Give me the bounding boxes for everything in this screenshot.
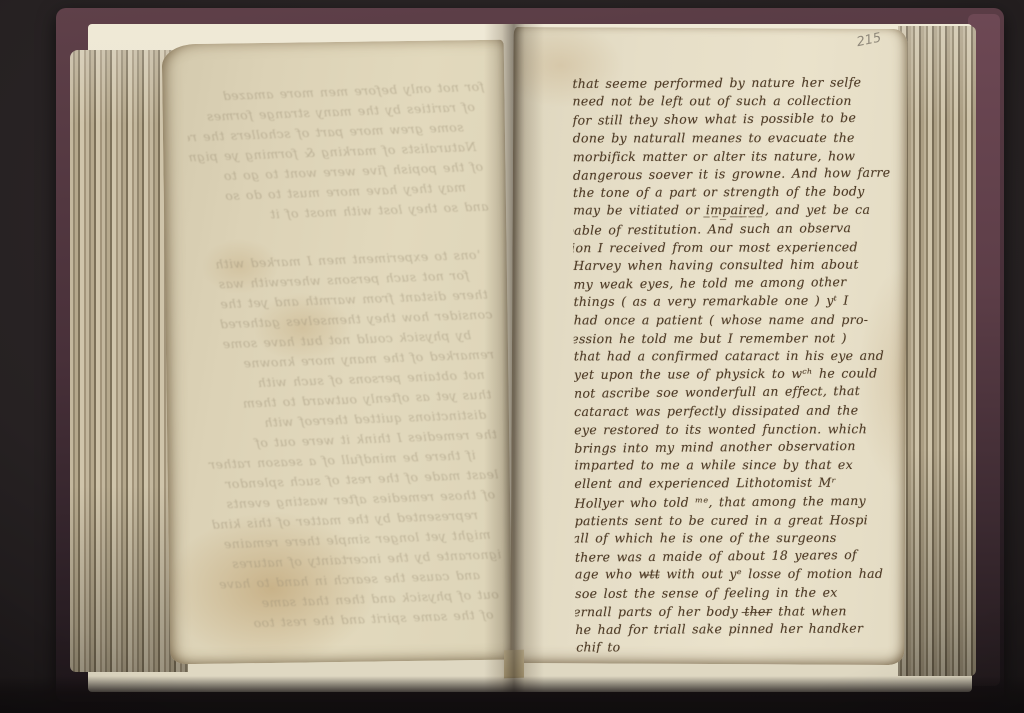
- show-through-text: for not only before men more amazedof ra…: [186, 77, 504, 652]
- manuscript-line: soe lost the sense of feeling in the ex: [575, 583, 899, 603]
- manuscript-line: that seeme performed by nature her selfe: [572, 73, 896, 93]
- manuscript-line: imparted to me a while since by that ex: [574, 456, 898, 475]
- manuscript-line: things ( as a very remarkable one ) yᵗ I: [574, 292, 898, 312]
- manuscript-line: patients sent to be cured in a great Hos…: [575, 511, 899, 530]
- manuscript-line: done by naturall meanes to evacuate the: [573, 128, 897, 147]
- manuscript-line: Hollyer who told ᵐᵉ, that among the many: [575, 491, 899, 512]
- manuscript-line: had once a patient ( whose name and pro-: [574, 310, 898, 329]
- left-page: for not only before men more amazedof ra…: [162, 40, 513, 665]
- manuscript-photo: for not only before men more amazedof ra…: [0, 0, 1024, 713]
- spine-fold: [504, 650, 524, 679]
- manuscript-line: age who w̶t̶t̶ with out yᵉ losse of moti…: [575, 565, 899, 584]
- manuscript-line: -tall of which he is one of the surgeons: [572, 529, 898, 548]
- manuscript-line: need not be left out of such a collectio…: [573, 92, 897, 111]
- manuscript-line: -fession he told me but I remember not ): [572, 329, 897, 348]
- manuscript-line: my weak eyes, he told me among other: [573, 273, 897, 294]
- manuscript-line: -ternall parts of her body t̶h̶e̶r̶ that…: [572, 602, 899, 621]
- right-page-edge-stack: [898, 26, 976, 676]
- right-page: 215 that seeme performed by nature her s…: [510, 27, 907, 665]
- manuscript-line: -cellent and experienced Lithotomist Mʳ: [572, 474, 898, 494]
- manuscript-line: brings into my mind another observation: [574, 437, 898, 458]
- manuscript-line: -tion I received from our most experienc…: [572, 238, 897, 257]
- manuscript-line: —chif to: [572, 638, 899, 653]
- manuscript-line: -pable of restitution. And such an obser…: [572, 218, 897, 239]
- folio-number: 215: [856, 30, 883, 50]
- manuscript-line: he had for triall sake pinned her handke…: [575, 619, 899, 639]
- manuscript-line: dangerous soever it is growne. And how f…: [573, 164, 897, 185]
- manuscript-line: that had a confirmed cataract in his eye…: [574, 347, 898, 366]
- manuscript-line: not ascribe soe wonderfull an effect, th…: [574, 382, 898, 403]
- manuscript-line: may be vitiated or i̲m̲p̲a̲i̲r̲e̲d̲, and…: [573, 201, 897, 220]
- manuscript-line: for still they show what is possible to …: [573, 109, 897, 130]
- manuscript-text: that seeme performed by nature her selfe…: [572, 73, 899, 653]
- manuscript-line: cataract was perfectly dissipated and th…: [574, 401, 898, 421]
- manuscript-line: the tone of a part or strength of the bo…: [573, 183, 897, 203]
